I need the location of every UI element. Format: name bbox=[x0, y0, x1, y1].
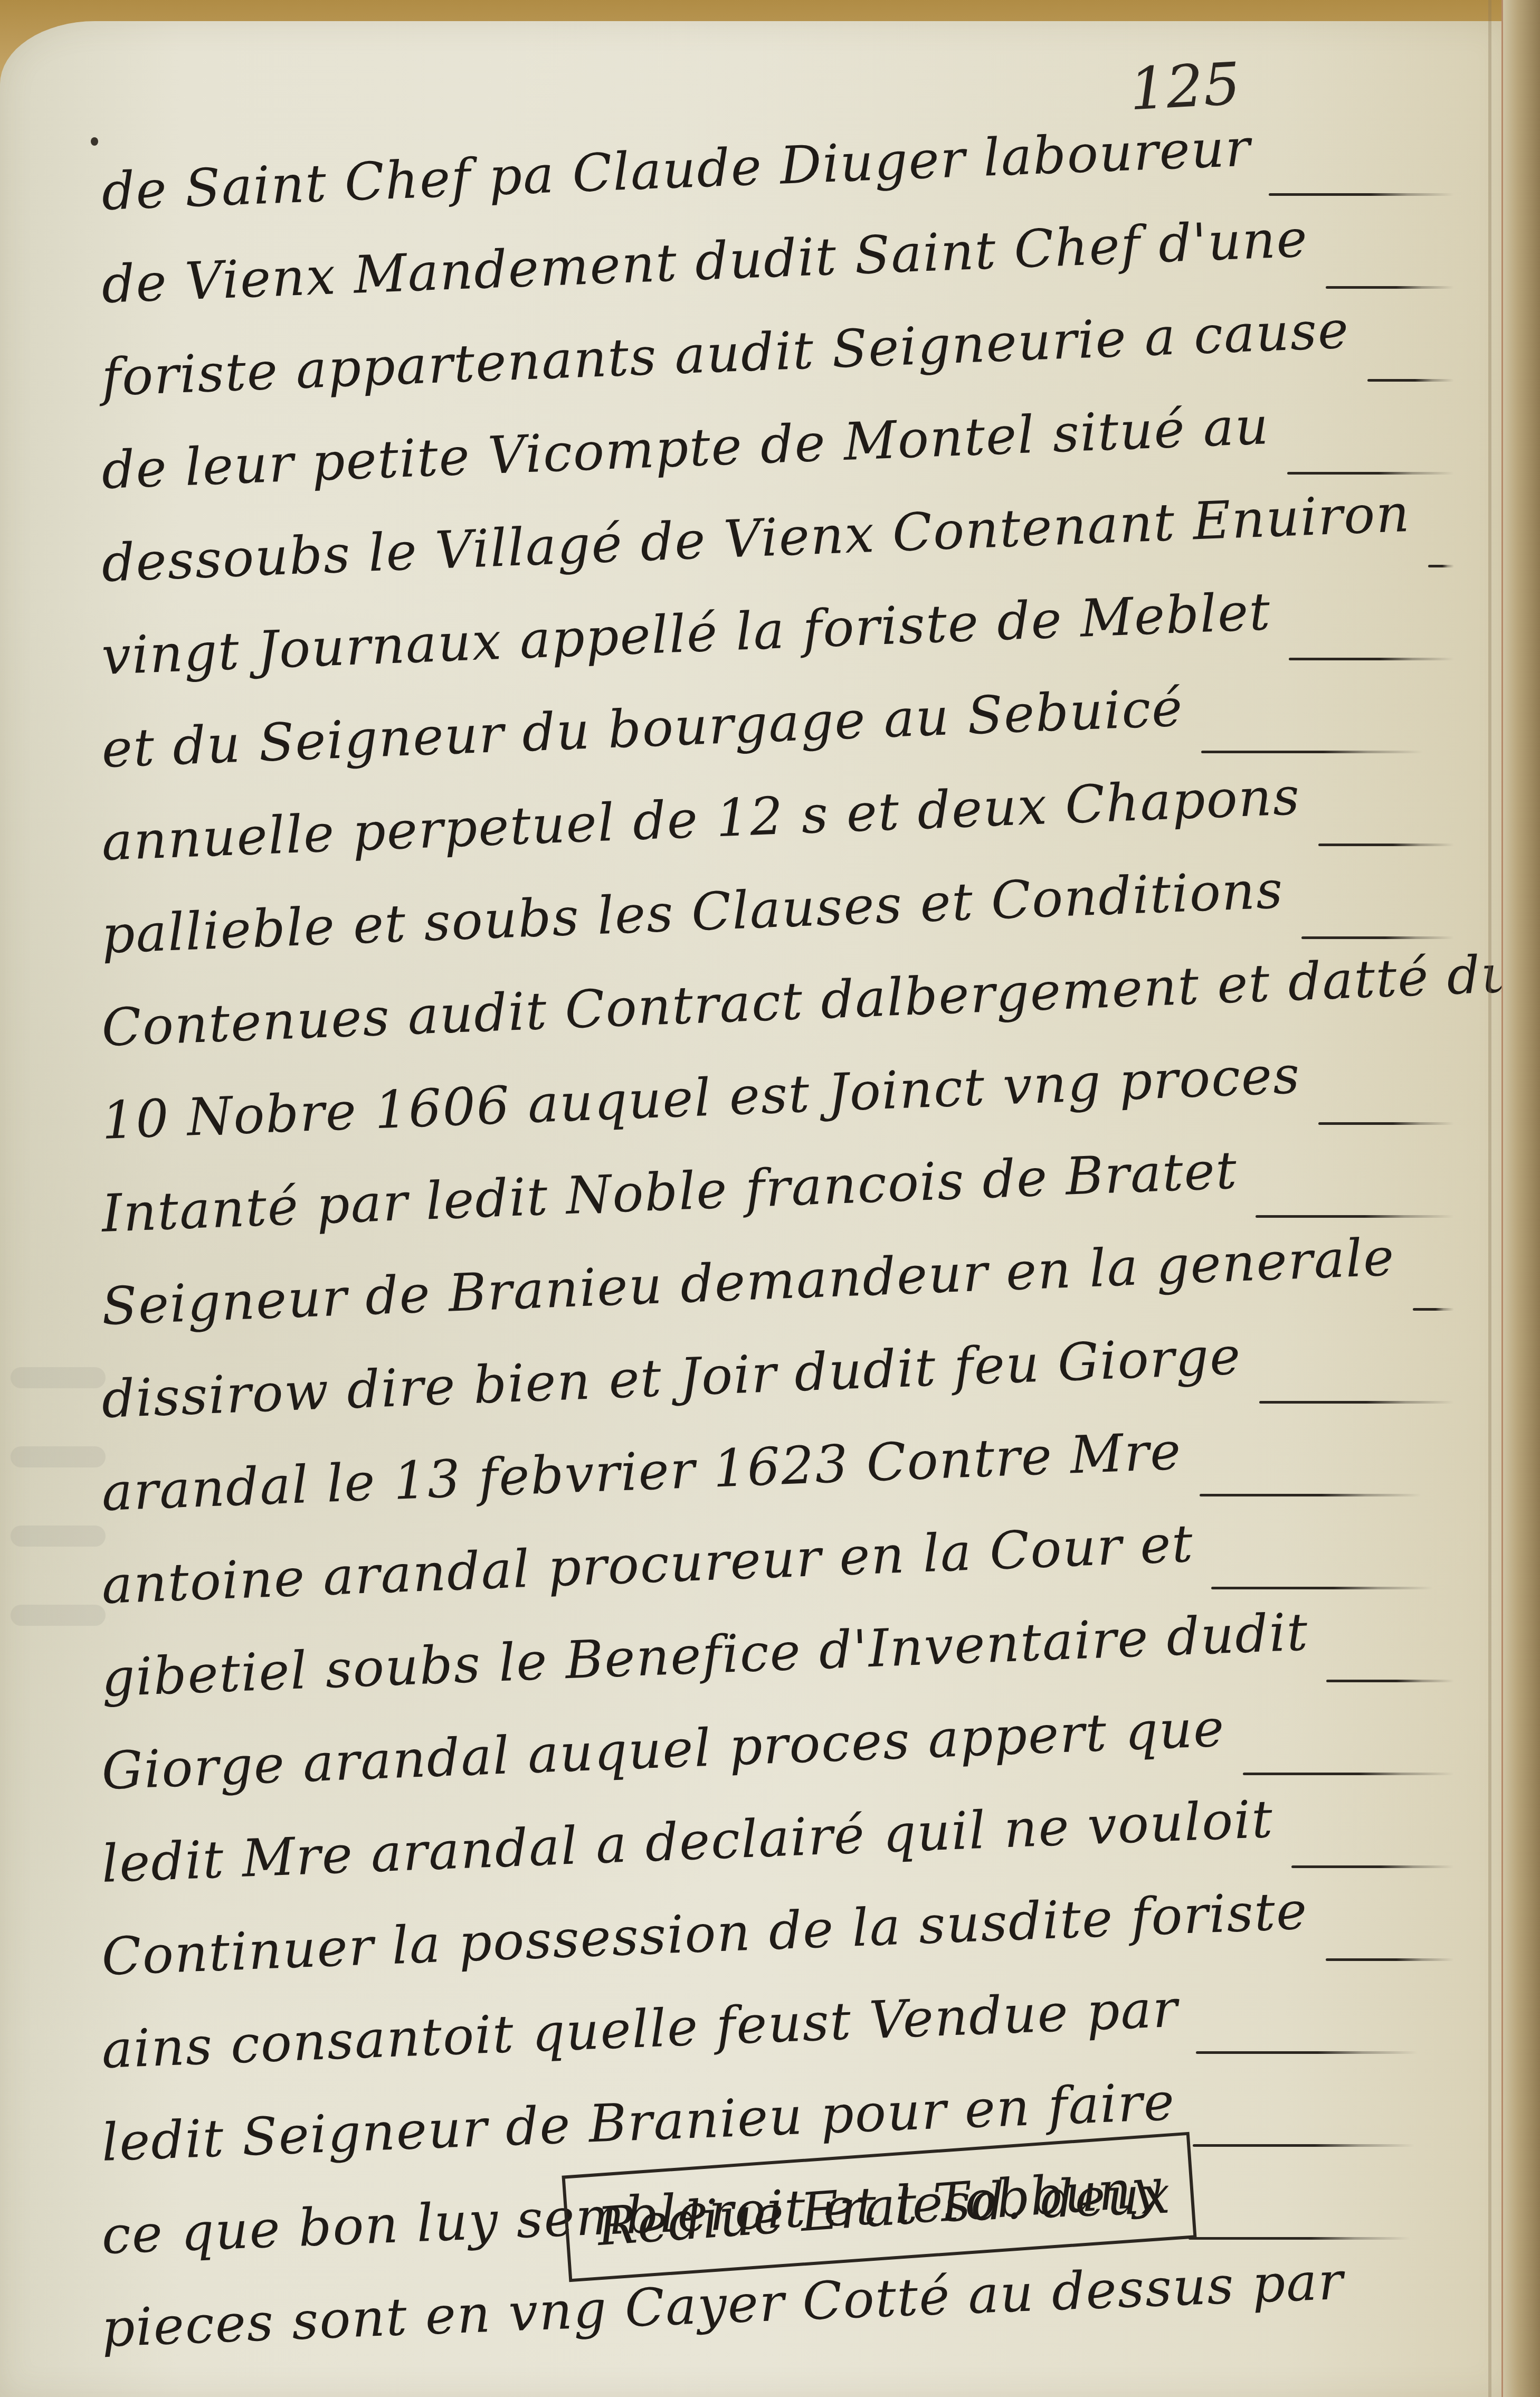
text-line: arandal le 13 febvrier 1623 Contre Mre bbox=[103, 1430, 1454, 1523]
ink-dot bbox=[91, 137, 98, 146]
line-text: de leur petite Vicompte de Montel situé … bbox=[101, 396, 1271, 501]
page-number: 125 bbox=[1128, 50, 1242, 124]
text-line: dessoubs le Villagé de Vienx Contenant E… bbox=[103, 501, 1454, 594]
line-text: Seigneur de Branieu demandeur en la gene… bbox=[101, 1227, 1396, 1337]
line-text: Continuer la possession de la susdite fo… bbox=[101, 1881, 1309, 1987]
line-text: ains consantoit quelle feust Vendue par bbox=[101, 1979, 1180, 2080]
line-filler-dash bbox=[1318, 1122, 1454, 1125]
line-filler-dash bbox=[1413, 1308, 1454, 1311]
text-line: annuelle perpetuel de 12 s et deux Chapo… bbox=[103, 780, 1454, 873]
text-line: foriste appartenants audit Seigneurie a … bbox=[103, 315, 1454, 408]
text-line: ledit Seigneur de Branieu pour en faire bbox=[103, 2080, 1454, 2173]
line-text: vingt Journaux appellé la foriste de Meb… bbox=[101, 582, 1272, 687]
text-line: Continuer la possession de la susdite fo… bbox=[103, 1894, 1454, 1987]
bleed-through-mark bbox=[11, 1367, 106, 1388]
bleed-through-mark bbox=[11, 1526, 106, 1547]
text-line: ains consantoit quelle feust Vendue par bbox=[103, 1987, 1454, 2080]
line-filler-dash bbox=[1269, 193, 1454, 196]
line-filler-dash bbox=[1367, 379, 1454, 382]
line-filler-dash bbox=[1201, 751, 1423, 753]
text-line: Contenues audit Contract dalbergement et… bbox=[103, 965, 1454, 1058]
line-filler-dash bbox=[1196, 2051, 1418, 2054]
line-text: et du Seigneur du bourgage au Sebuicé bbox=[101, 678, 1184, 780]
manuscript-text-block: de Saint Chef pa Claude Diuger laboureur… bbox=[103, 129, 1454, 2359]
line-filler-dash bbox=[1243, 1773, 1454, 1775]
line-text: 10 Nobre 1606 auquel est Joinct vng proc… bbox=[101, 1045, 1302, 1151]
text-line: Intanté par ledit Noble francois de Brat… bbox=[103, 1151, 1454, 1244]
text-line: Seigneur de Branieu demandeur en la gene… bbox=[103, 1244, 1454, 1337]
line-text: Intanté par ledit Noble francois de Brat… bbox=[101, 1140, 1239, 1244]
line-filler-dash bbox=[1211, 1587, 1433, 1589]
line-text: de Vienx Mandement dudit Saint Chef d'un… bbox=[101, 209, 1309, 315]
line-text: gibetiel soubs le Benefice d'Inventaire … bbox=[101, 1602, 1310, 1709]
line-text: antoine arandal procureur en la Cour et bbox=[101, 1514, 1195, 1616]
text-line: gibetiel soubs le Benefice d'Inventaire … bbox=[103, 1616, 1454, 1709]
text-line: de leur petite Vicompte de Montel situé … bbox=[103, 408, 1454, 501]
line-filler-dash bbox=[1259, 1401, 1454, 1404]
line-filler-dash bbox=[1200, 1494, 1421, 1496]
line-filler-dash bbox=[1318, 844, 1454, 846]
line-text: annuelle perpetuel de 12 s et deux Chapo… bbox=[101, 766, 1301, 873]
line-filler-dash bbox=[1289, 658, 1454, 660]
line-filler-dash bbox=[1428, 565, 1454, 567]
line-text: arandal le 13 febvrier 1623 Contre Mre bbox=[101, 1421, 1183, 1523]
text-line: de Vienx Mandement dudit Saint Chef d'un… bbox=[103, 222, 1454, 315]
text-line: de Saint Chef pa Claude Diuger laboureur bbox=[103, 129, 1454, 222]
line-filler-dash bbox=[1193, 2144, 1414, 2147]
line-text: pallieble et soubs les Clauses et Condit… bbox=[101, 860, 1285, 965]
text-line: et du Seigneur du bourgage au Sebuicé bbox=[103, 687, 1454, 780]
text-line: antoine arandal procureur en la Cour et bbox=[103, 1523, 1454, 1616]
text-line: pieces sont en vng Cayer Cotté au dessus… bbox=[103, 2266, 1454, 2359]
text-line: dissirow dire bien et Joir dudit feu Gio… bbox=[103, 1337, 1454, 1430]
line-filler-dash bbox=[1326, 1958, 1454, 1961]
line-text: ledit Mre arandal a declairé quil ne vou… bbox=[101, 1789, 1275, 1894]
line-filler-dash bbox=[1287, 472, 1454, 475]
book-binding-edge bbox=[1501, 0, 1540, 2397]
line-filler-dash bbox=[1326, 1680, 1454, 1682]
line-filler-dash bbox=[1326, 286, 1454, 289]
manuscript-page: 125 de Saint Chef pa Claude Diuger labou… bbox=[0, 21, 1509, 2397]
line-text: Giorge arandal auquel proces appert que bbox=[101, 1698, 1227, 1802]
line-filler-dash bbox=[1256, 1215, 1454, 1218]
line-text: dissirow dire bien et Joir dudit feu Gio… bbox=[101, 1326, 1242, 1430]
text-line: 10 Nobre 1606 auquel est Joinct vng proc… bbox=[103, 1058, 1454, 1151]
line-text: foriste appartenants audit Seigneurie a … bbox=[101, 300, 1351, 408]
line-text: de Saint Chef pa Claude Diuger laboureur bbox=[101, 118, 1252, 222]
bleed-through-mark bbox=[11, 1605, 106, 1626]
page-fold-line bbox=[1488, 0, 1491, 2397]
boxed-annotation-text: Rediue Erat Tobbuny bbox=[595, 2156, 1163, 2257]
line-filler-dash bbox=[1189, 2237, 1410, 2240]
text-line: vingt Journaux appellé la foriste de Meb… bbox=[103, 594, 1454, 687]
line-filler-dash bbox=[1291, 1865, 1454, 1868]
line-filler-dash bbox=[1301, 936, 1454, 939]
text-line: ledit Mre arandal a declairé quil ne vou… bbox=[103, 1802, 1454, 1894]
text-line: Giorge arandal auquel proces appert que bbox=[103, 1709, 1454, 1802]
bleed-through-mark bbox=[11, 1446, 106, 1467]
text-line: pallieble et soubs les Clauses et Condit… bbox=[103, 873, 1454, 965]
